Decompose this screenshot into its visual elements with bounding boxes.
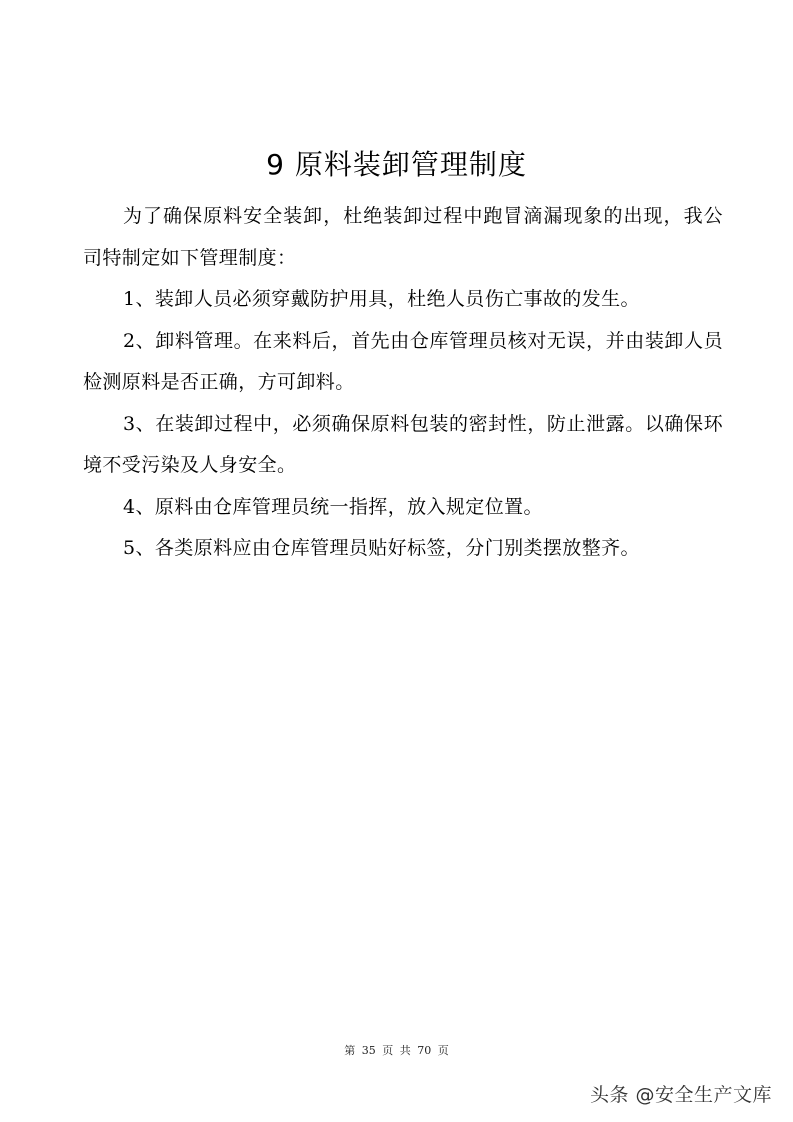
watermark: 头条 @安全生产文库 [590,1080,772,1107]
document-body: 为了确保原料安全装卸，杜绝装卸过程中跑冒滴漏现象的出现，我公司特制定如下管理制度… [83,196,723,570]
rule-item-2: 2、卸料管理。在来料后，首先由仓库管理员核对无误，并由装卸人员检测原料是否正确，… [83,321,723,404]
page-title: 9 原料装卸管理制度 [0,145,793,185]
page-number-footer: 第 35 页 共 70 页 [0,1042,793,1058]
rule-item-3: 3、在装卸过程中，必须确保原料包装的密封性，防止泄露。以确保环境不受污染及人身安… [83,404,723,487]
intro-paragraph: 为了确保原料安全装卸，杜绝装卸过程中跑冒滴漏现象的出现，我公司特制定如下管理制度… [83,196,723,279]
rule-item-1: 1、装卸人员必须穿戴防护用具，杜绝人员伤亡事故的发生。 [83,279,723,321]
rule-item-5: 5、各类原料应由仓库管理员贴好标签，分门别类摆放整齐。 [83,528,723,570]
rule-item-4: 4、原料由仓库管理员统一指挥，放入规定位置。 [83,487,723,529]
